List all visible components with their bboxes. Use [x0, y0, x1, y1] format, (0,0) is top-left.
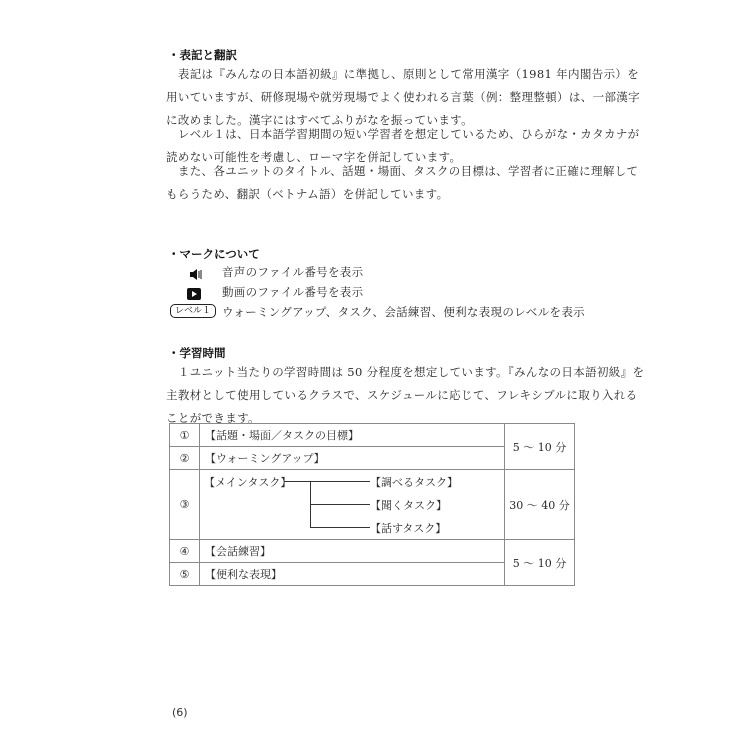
mark-description: ウォーミングアップ、タスク、会話練習、便利な表現のレベルを表示 [222, 304, 585, 320]
row-item: 【便利な表現】 [200, 563, 505, 586]
study-time-paragraph: １ユニット当たりの学習時間は 50 分程度を想定しています。『みんなの日本語初級… [166, 361, 644, 430]
speaker-icon [190, 265, 202, 284]
notation-paragraph-3: また、各ユニットのタイトル、話題・場面、タスクの目標は、学習者に正確に理解して … [166, 160, 638, 206]
notation-paragraph-1: 表記は『みんなの日本語初級』に準拠し、原則として常用漢字（1981 年内閣告示）… [166, 63, 640, 132]
level-badge: レベル１ [170, 304, 216, 318]
main-task-label: 【メインタスク】 [204, 474, 291, 490]
text-line: 表記は『みんなの日本語初級』に準拠し、原則として常用漢字（1981 年内閣告示）… [166, 63, 640, 86]
subtask-label: 【話すタスク】 [370, 520, 446, 536]
play-icon [187, 285, 201, 304]
tree-connector [310, 527, 370, 528]
row-number: ⑤ [170, 563, 200, 586]
row-number: ③ [170, 470, 200, 540]
section-heading-marks: ・マークについて [168, 246, 260, 262]
row-time: 5 〜 10 分 [505, 540, 575, 586]
row-item: 【ウォーミングアップ】 [200, 447, 505, 470]
row-time: 30 〜 40 分 [505, 470, 575, 540]
text-line: １ユニット当たりの学習時間は 50 分程度を想定しています。『みんなの日本語初級… [166, 361, 644, 384]
row-time: 5 〜 10 分 [505, 424, 575, 470]
text-line: 用いていますが、研修現場や就労現場でよく使われる言葉（例：整理整頓）は、一部漢字 [166, 86, 640, 109]
text-line: また、各ユニットのタイトル、話題・場面、タスクの目標は、学習者に正確に理解して [166, 160, 638, 183]
table-row: ④ 【会話練習】 5 〜 10 分 [170, 540, 575, 563]
row-item: 【会話練習】 [200, 540, 505, 563]
tree-connector [310, 504, 370, 505]
text-line: レベル１は、日本語学習期間の短い学習者を想定しているため、ひらがな・カタカナが [166, 123, 640, 146]
tree-connector [284, 481, 370, 482]
row-number: ② [170, 447, 200, 470]
mark-description: 音声のファイル番号を表示 [222, 264, 363, 280]
mark-description: 動画のファイル番号を表示 [222, 284, 363, 300]
section-heading-study-time: ・学習時間 [168, 345, 226, 361]
section-heading-notation: ・表記と翻訳 [168, 47, 237, 63]
text-line: もらうため、翻訳（ベトナム語）を併記しています。 [166, 183, 638, 206]
page-number: (6) [172, 706, 188, 719]
row-number: ④ [170, 540, 200, 563]
text-line: 主教材として使用しているクラスで、スケジュールに応じて、フレキシブルに取り入れる [166, 384, 644, 407]
row-number: ① [170, 424, 200, 447]
subtask-label: 【聞くタスク】 [370, 497, 447, 513]
row-item: 【話題・場面／タスクの目標】 [200, 424, 505, 447]
subtask-label: 【調べるタスク】 [370, 474, 458, 490]
table-row: ① 【話題・場面／タスクの目標】 5 〜 10 分 [170, 424, 575, 447]
